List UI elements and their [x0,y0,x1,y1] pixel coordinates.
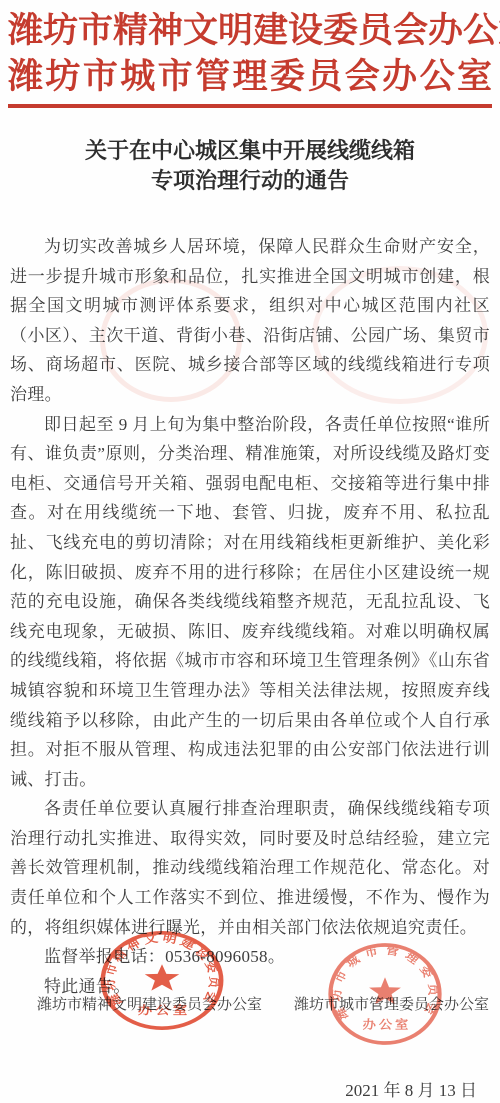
notice-title-line-1: 关于在中心城区集中开展线缆线箱 [0,136,500,166]
star-icon [369,977,401,1004]
official-seal-left: 潍坊市精神文明建设委员会 办公室 [98,929,226,1032]
paragraph: 各责任单位要认真履行排查治理职责，确保线缆线箱专项治理行动扎实推进、取得实效，同… [10,794,490,942]
red-divider [8,104,492,108]
seal-bottom-text: 办公室 [363,1017,412,1031]
notice-title: 关于在中心城区集中开展线缆线箱 专项治理行动的通告 [0,136,500,196]
letterhead-line-1: 潍坊市精神文明建设委员会办公室 [8,8,492,54]
paragraph: 即日起至 9 月上旬为集中整治阶段，各责任单位按照“谁所有、谁负责”原则，分类治… [10,410,490,795]
paragraph: 为切实改善城乡人居环境，保障人民群众生命财产安全，进一步提升城市形象和品位，扎实… [10,232,490,410]
notice-title-line-2: 专项治理行动的通告 [0,166,500,196]
letterhead-line-2: 潍坊市城市管理委员会办公室 [8,54,492,100]
official-seal-right: 潍坊市城市管理委员会 办公室 [326,941,444,1047]
notice-body: 为切实改善城乡人居环境，保障人民群众生命财产安全，进一步提升城市形象和品位，扎实… [0,232,500,1001]
letterhead: 潍坊市精神文明建设委员会办公室 潍坊市城市管理委员会办公室 [0,0,500,100]
seal-bottom-text: 办公室 [138,1003,191,1016]
notice-document: 潍坊市精神文明建设委员会办公室 潍坊市城市管理委员会办公室 关于在中心城区集中开… [0,0,500,1103]
notice-date: 2021 年 8 月 13 日 [345,1076,477,1101]
star-icon [145,964,179,990]
